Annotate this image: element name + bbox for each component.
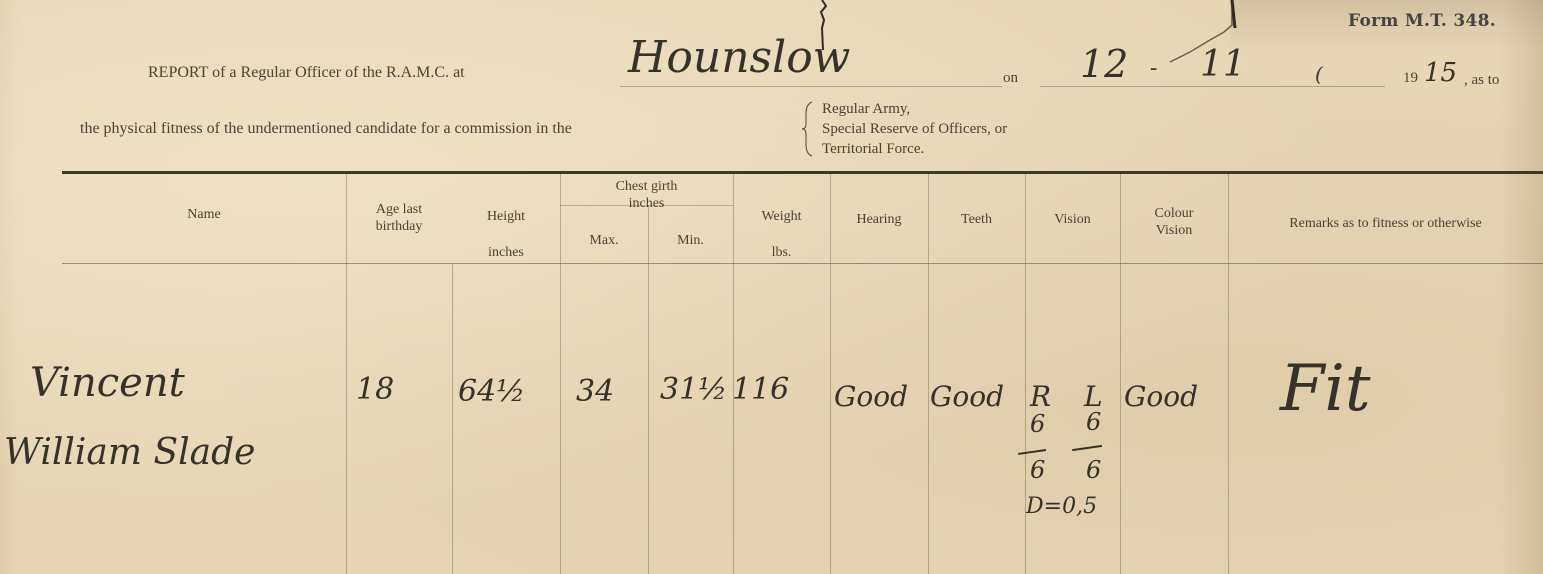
header-name: Name xyxy=(62,206,346,223)
header-remarks: Remarks as to fitness or otherwise xyxy=(1228,215,1543,232)
header-weight-unit: lbs. xyxy=(733,244,830,261)
location-fill-line xyxy=(620,86,1002,87)
hearing-value: Good xyxy=(834,380,908,413)
header-age: Age last birthday xyxy=(346,201,452,235)
header-weight: Weight xyxy=(733,208,830,225)
date-fill-line xyxy=(1040,86,1385,87)
col-divider xyxy=(830,174,831,574)
year-suffix-handwritten: 15 xyxy=(1424,58,1457,88)
candidate-name-line2: William Slade xyxy=(4,432,255,473)
table-top-rule xyxy=(62,171,1543,174)
vision-right-denominator: 6 xyxy=(1030,456,1045,484)
date-month-handwritten: 11 xyxy=(1200,44,1246,85)
header-bottom-rule xyxy=(62,263,1543,264)
age-value: 18 xyxy=(356,372,394,407)
candidate-name-line1: Vincent xyxy=(30,360,185,406)
remarks-value: Fit xyxy=(1280,352,1371,426)
commission-options: Regular Army, Special Reserve of Officer… xyxy=(822,99,1007,159)
location-handwritten: Hounslow xyxy=(628,32,850,83)
vision-left-denominator: 6 xyxy=(1086,456,1101,484)
on-label: on xyxy=(1003,70,1018,87)
fitness-statement-text: the physical fitness of the undermention… xyxy=(80,120,572,138)
header-height-unit: inches xyxy=(452,244,560,261)
vision-left-numerator: 6 xyxy=(1086,408,1101,436)
header-vision: Vision xyxy=(1025,211,1120,228)
teeth-value: Good xyxy=(930,380,1004,413)
option-regular-army: Regular Army, xyxy=(822,99,1007,119)
form-number: Form M.T. 348. xyxy=(1348,11,1496,31)
header-chest-min: Min. xyxy=(648,232,733,249)
option-special-reserve: Special Reserve of Officers, or xyxy=(822,119,1007,139)
colour-vision-value: Good xyxy=(1124,380,1198,413)
col-divider xyxy=(1228,174,1229,574)
header-height: Height xyxy=(452,208,560,225)
date-mark: ( xyxy=(1315,62,1323,86)
vision-right-numerator: 6 xyxy=(1030,410,1045,438)
header-chest-max: Max. xyxy=(560,232,648,249)
date-day-handwritten: 12 xyxy=(1080,42,1128,86)
header-chest-girth: Chest girth inches xyxy=(560,178,733,212)
option-territorial-force: Territorial Force. xyxy=(822,139,1007,159)
col-divider xyxy=(452,263,453,574)
brace-icon xyxy=(800,100,816,158)
vision-right-fraction-bar xyxy=(1018,449,1046,454)
col-divider xyxy=(648,205,649,574)
vision-note: D=0,5 xyxy=(1026,494,1097,519)
year-prefix: 19 xyxy=(1403,70,1418,87)
as-to-text: , as to xyxy=(1464,72,1499,89)
date-separator: - xyxy=(1150,56,1157,81)
col-divider xyxy=(928,174,929,574)
weight-value: 116 xyxy=(732,372,789,407)
chest-max-value: 34 xyxy=(576,374,614,409)
header-colour-vision: Colour Vision xyxy=(1120,205,1228,239)
chest-min-value: 31½ xyxy=(660,372,727,407)
header-hearing: Hearing xyxy=(830,211,928,228)
vision-right-label: R xyxy=(1030,380,1051,413)
height-value: 64½ xyxy=(458,374,525,409)
vision-left-fraction-bar xyxy=(1072,445,1102,451)
header-teeth: Teeth xyxy=(928,211,1025,228)
report-prefix-text: REPORT of a Regular Officer of the R.A.M… xyxy=(148,64,465,82)
